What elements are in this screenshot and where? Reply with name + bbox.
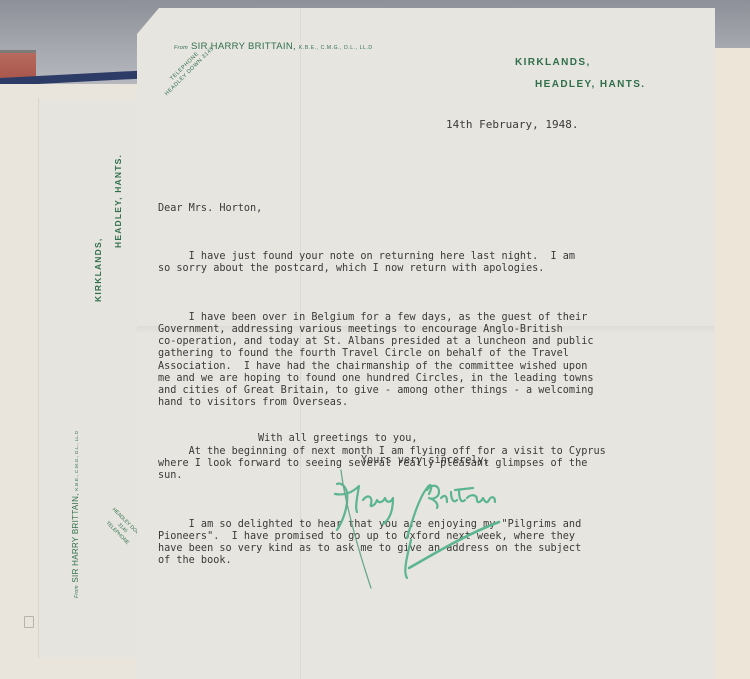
main-letter: From SIR HARRY BRITTAIN, K.B.E., C.M.G.,… [137, 8, 715, 679]
back-qualifications: K.B.E., C.M.G., D.L., LL.D [74, 431, 79, 491]
sender-qualifications: K.B.E., C.M.G., D.L., LL.D [299, 45, 373, 51]
paragraph-2: I have been over in Belgium for a few da… [158, 312, 718, 410]
paragraph-1: I have just found your note on returning… [158, 251, 718, 275]
address-line2: HEADLEY, HANTS. [535, 79, 645, 90]
paper-clip-mark [24, 616, 34, 628]
back-letter: KIRKLANDS, HEADLEY, HANTS. From SIR HARR… [38, 98, 143, 658]
from-prefix: From [174, 45, 188, 51]
salutation: Dear Mrs. Horton, [158, 203, 718, 215]
telephone-number: HEADLEY DOWN 3145 [164, 46, 216, 98]
signature-harry-brittain [327, 468, 567, 593]
letter-date: 14th February, 1948. [446, 118, 578, 131]
back-sender: From SIR HARRY BRITTAIN, K.B.E., C.M.G.,… [71, 431, 80, 598]
closing-greeting: With all greetings to you, [258, 433, 417, 444]
back-address-line1: KIRKLANDS, [93, 238, 103, 302]
address-line1: KIRKLANDS, [515, 57, 591, 68]
back-address-line2: HEADLEY, HANTS. [113, 154, 123, 248]
back-from-prefix: From [74, 585, 80, 598]
closing: Yours very sincerely, [361, 455, 490, 466]
back-sender-name: SIR HARRY BRITTAIN, [71, 493, 80, 582]
